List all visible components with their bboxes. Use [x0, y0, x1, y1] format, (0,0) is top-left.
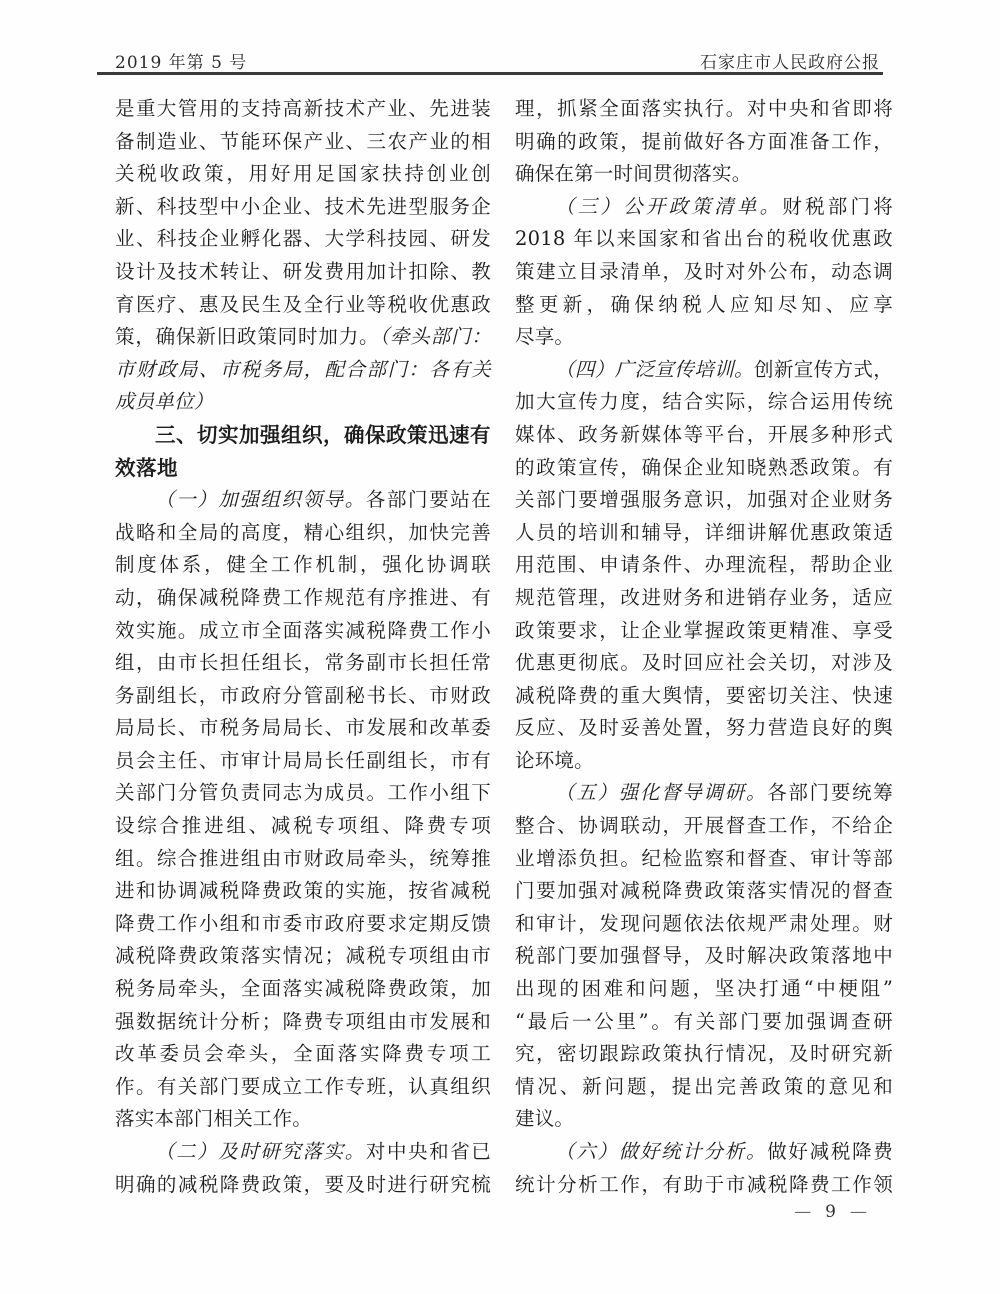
header-publication-title: 石家庄市人民政府公报 [700, 48, 880, 73]
body-text: 用范围、申请条件、办理流程，帮助企业 [515, 553, 893, 576]
body-text: 战略和全局的高度，精心组织，加快完善 [115, 521, 491, 544]
body-text: 组。综合推进组由市财政局牵头，统筹推 [115, 847, 491, 870]
header-rule [97, 72, 883, 75]
text-line: 整合、协调联动，开展督查工作，不给企 [515, 810, 893, 843]
text-line: 人员的培训和辅导，详细讲解优惠政策适 [515, 517, 893, 550]
right-text-column: 理，抓紧全面落实执行。对中央和省即将明确的政策，提前做好各方面准备工作，确保在第… [515, 93, 893, 1201]
text-line: 和审计，发现问题依法依规严肃处理。财 [515, 908, 893, 941]
text-line: 策，确保新旧政策同时加力。（牵头部门： [115, 321, 491, 354]
text-line: 强数据统计分析；降费专项组由市发展和 [115, 1006, 491, 1039]
emphasis-kai-text: 成员单位） [115, 390, 214, 413]
text-line: 业、科技企业孵化器、大学科技园、研发 [115, 223, 491, 256]
text-line: 情况、新问题，提出完善政策的意见和 [515, 1071, 893, 1104]
page-number-left-dash: — [794, 1202, 811, 1222]
text-line: 关部门分管负责同志为成员。工作小组下 [115, 777, 491, 810]
body-text: 优惠更彻底。及时回应社会关切，对涉及 [515, 651, 893, 674]
body-text: 关税收政策，用好用足国家扶持创业创 [115, 162, 491, 185]
body-text: 强数据统计分析；降费专项组由市发展和 [115, 1010, 491, 1033]
body-text: 明确的减税降费政策，要及时进行研究梳 [115, 1173, 491, 1196]
text-line: 整更新，确保纳税人应知尽知、应享 [515, 289, 893, 322]
body-text: 降费工作小组和市委市政府要求定期反馈 [115, 912, 491, 935]
body-text: 关部门要增强服务意识，加强对企业财务 [515, 488, 893, 511]
body-text: 明确的政策，提前做好各方面准备工作， [515, 130, 893, 153]
text-line: 战略和全局的高度，精心组织，加快完善 [115, 517, 491, 550]
emphasis-kai-text: （三）公开政策清单。 [555, 195, 782, 218]
body-text: 策，确保新旧政策同时加力。 [115, 325, 379, 348]
text-line: 明确的减税降费政策，要及时进行研究梳 [115, 1169, 491, 1202]
body-text: 整合、协调联动，开展督查工作，不给企 [515, 814, 893, 837]
header-issue-number: 2019 年第 5 号 [115, 48, 247, 73]
text-line: 理，抓紧全面落实执行。对中央和省即将 [515, 93, 893, 126]
body-text: “最后一公里”。有关部门要加强调查研 [515, 1010, 893, 1033]
body-text: 门要加强对减税降费政策落实情况的督查 [515, 879, 893, 902]
body-text: 人员的培训和辅导，详细讲解优惠政策适 [515, 521, 893, 544]
body-text: 设综合推进组、减税专项组、降费专项 [115, 814, 491, 837]
body-text: 财税部门将 [782, 195, 893, 218]
text-line: 媒体、政务新媒体等平台，开展多种形式 [515, 419, 893, 452]
text-line: 组，由市长担任组长，常务副市长担任常 [115, 647, 491, 680]
text-line: （二）及时研究落实。对中央和省已 [115, 1136, 491, 1169]
body-text: 尽享。 [515, 325, 574, 348]
body-text: 理，抓紧全面落实执行。对中央和省即将 [515, 97, 893, 120]
text-line: “最后一公里”。有关部门要加强调查研 [515, 1006, 893, 1039]
body-text: 建议。 [515, 1107, 574, 1130]
emphasis-kai-text: （一）加强组织领导。 [155, 488, 366, 511]
page-header: 2019 年第 5 号 石家庄市人民政府公报 [115, 48, 880, 73]
text-line: 作。有关部门要成立工作专班，认真组织 [115, 1071, 491, 1104]
text-line: 市财政局、市税务局，配合部门：各有关 [115, 354, 491, 387]
text-line: 关部门要增强服务意识，加强对企业财务 [515, 484, 893, 517]
body-text: 规范管理，改进财务和进销存业务，适应 [515, 586, 893, 609]
body-text: 2018 年以来国家和省出台的税收优惠政 [515, 227, 893, 250]
text-line: 新、科技型中小企业、技术先进型服务企 [115, 191, 491, 224]
body-text: 统计分析工作，有助于市减税降费工作领 [515, 1173, 893, 1196]
emphasis-kai-text: （四）广泛宣传培训。 [555, 358, 754, 381]
body-text: 员会主任、市审计局局长任副组长，市有 [115, 749, 491, 772]
emphasis-kai-text: 市财政局、市税务局，配合部门：各有关 [115, 358, 491, 381]
text-line: 务副组长，市政府分管副秘书长、市财政 [115, 680, 491, 713]
text-line: 设计及技术转让、研发费用加计扣除、教 [115, 256, 491, 289]
body-text: 设计及技术转让、研发费用加计扣除、教 [115, 260, 491, 283]
body-text: 动，确保减税降费工作规范有序推进、有 [115, 586, 491, 609]
body-text: 改革委员会牵头，全面落实降费专项工 [115, 1042, 491, 1065]
body-text: 整更新，确保纳税人应知尽知、应享 [515, 293, 893, 316]
body-text: 关部门分管负责同志为成员。工作小组下 [115, 781, 491, 804]
left-text-column: 是重大管用的支持高新技术产业、先进装备制造业、节能环保产业、三农产业的相关税收政… [115, 93, 491, 1201]
text-line: 动，确保减税降费工作规范有序推进、有 [115, 582, 491, 615]
text-line: 制度体系，健全工作机制，强化协调联 [115, 549, 491, 582]
text-line: 策建立目录清单，及时对外公布，动态调 [515, 256, 893, 289]
text-line: 局局长、市税务局局长、市发展和改革委 [115, 712, 491, 745]
body-text: 做好减税降费 [767, 1140, 893, 1163]
text-line: 用范围、申请条件、办理流程，帮助企业 [515, 549, 893, 582]
text-line: 规范管理，改进财务和进销存业务，适应 [515, 582, 893, 615]
body-text: 和审计，发现问题依法依规严肃处理。财 [515, 912, 893, 935]
document-page: 2019 年第 5 号 石家庄市人民政府公报 是重大管用的支持高新技术产业、先进… [0, 0, 1000, 1294]
body-text: 务副组长，市政府分管副秘书长、市财政 [115, 684, 491, 707]
text-line: 落实本部门相关工作。 [115, 1103, 491, 1136]
text-line: 优惠更彻底。及时回应社会关切，对涉及 [515, 647, 893, 680]
body-text: 落实本部门相关工作。 [115, 1107, 312, 1130]
text-line: （三）公开政策清单。财税部门将 [515, 191, 893, 224]
text-line: 论环境。 [515, 745, 893, 778]
text-line: 降费工作小组和市委市政府要求定期反馈 [115, 908, 491, 941]
text-line: （六）做好统计分析。做好减税降费 [515, 1136, 893, 1169]
text-line: 组。综合推进组由市财政局牵头，统筹推 [115, 843, 491, 876]
body-text: 效实施。成立市全面落实减税降费工作小 [115, 619, 491, 642]
text-line: （一）加强组织领导。各部门要站在 [115, 484, 491, 517]
emphasis-kai-text: （五）强化督导调研。 [555, 781, 767, 804]
page-footer: —9— [515, 1202, 893, 1222]
text-line: 建议。 [515, 1103, 893, 1136]
body-text: 备制造业、节能环保产业、三农产业的相 [115, 130, 491, 153]
body-text: 局局长、市税务局局长、市发展和改革委 [115, 716, 491, 739]
body-text: 业、科技企业孵化器、大学科技园、研发 [115, 227, 491, 250]
text-line: 税部门要加强督导，及时解决政策落地中 [515, 940, 893, 973]
text-line: 的政策宣传，确保企业知晓熟悉政策。有 [515, 452, 893, 485]
text-line: 税务局牵头，全面落实减税降费政策，加 [115, 973, 491, 1006]
section-heading-text: 效落地 [115, 456, 178, 480]
body-text: 育医疗、惠及民生及全行业等税收优惠政 [115, 293, 491, 316]
text-line: 统计分析工作，有助于市减税降费工作领 [515, 1169, 893, 1202]
body-text: 各部门要站在 [366, 488, 491, 511]
body-text: 对中央和省已 [366, 1140, 491, 1163]
body-text: 媒体、政务新媒体等平台，开展多种形式 [515, 423, 893, 446]
emphasis-kai-text: （牵头部门： [379, 325, 491, 348]
page-number: 9 [825, 1202, 836, 1222]
text-line: 育医疗、惠及民生及全行业等税收优惠政 [115, 289, 491, 322]
body-text: 各部门要统筹 [767, 781, 893, 804]
body-text: 出现的困难和问题，坚决打通“中梗阻” [515, 977, 893, 1000]
text-line: 是重大管用的支持高新技术产业、先进装 [115, 93, 491, 126]
body-text: 情况、新问题，提出完善政策的意见和 [515, 1075, 893, 1098]
section-heading-text: 三、切实加强组织，确保政策迅速有 [155, 423, 491, 447]
body-text: 加大宣传力度，结合实际，综合运用传统 [515, 390, 893, 413]
body-text: 究，密切跟踪政策执行情况，及时研究新 [515, 1042, 893, 1065]
text-line: 政策要求，让企业掌握政策更精准、享受 [515, 615, 893, 648]
text-line: 设综合推进组、减税专项组、降费专项 [115, 810, 491, 843]
text-line: 效实施。成立市全面落实减税降费工作小 [115, 615, 491, 648]
text-line: （四）广泛宣传培训。创新宣传方式， [515, 354, 893, 387]
text-line: 员会主任、市审计局局长任副组长，市有 [115, 745, 491, 778]
emphasis-kai-text: （六）做好统计分析。 [555, 1140, 767, 1163]
text-line: 业增添负担。纪检监察和督查、审计等部 [515, 843, 893, 876]
text-line: 门要加强对减税降费政策落实情况的督查 [515, 875, 893, 908]
body-text: 反应、及时妥善处置，努力营造良好的舆 [515, 716, 893, 739]
text-line: 三、切实加强组织，确保政策迅速有 [115, 419, 491, 452]
body-text: 减税降费的重大舆情，要密切关注、快速 [515, 684, 893, 707]
body-text: 创新宣传方式， [754, 358, 893, 381]
body-text: 确保在第一时间贯彻落实。 [515, 162, 751, 185]
text-line: 备制造业、节能环保产业、三农产业的相 [115, 126, 491, 159]
body-text: 政策要求，让企业掌握政策更精准、享受 [515, 619, 893, 642]
body-text: 制度体系，健全工作机制，强化协调联 [115, 553, 491, 576]
text-line: 关税收政策，用好用足国家扶持创业创 [115, 158, 491, 191]
body-text: 是重大管用的支持高新技术产业、先进装 [115, 97, 491, 120]
body-text: 的政策宣传，确保企业知晓熟悉政策。有 [515, 456, 893, 479]
body-text: 减税降费政策落实情况；减税专项组由市 [115, 944, 491, 967]
text-line: 2018 年以来国家和省出台的税收优惠政 [515, 223, 893, 256]
text-line: 出现的困难和问题，坚决打通“中梗阻” [515, 973, 893, 1006]
body-text: 组，由市长担任组长，常务副市长担任常 [115, 651, 491, 674]
body-text: 进和协调减税降费政策的实施，按省减税 [115, 879, 491, 902]
text-line: 减税降费政策落实情况；减税专项组由市 [115, 940, 491, 973]
body-text: 新、科技型中小企业、技术先进型服务企 [115, 195, 491, 218]
text-line: 改革委员会牵头，全面落实降费专项工 [115, 1038, 491, 1071]
text-line: 减税降费的重大舆情，要密切关注、快速 [515, 680, 893, 713]
text-line: 究，密切跟踪政策执行情况，及时研究新 [515, 1038, 893, 1071]
body-text: 税务局牵头，全面落实减税降费政策，加 [115, 977, 491, 1000]
text-line: 进和协调减税降费政策的实施，按省减税 [115, 875, 491, 908]
emphasis-kai-text: （二）及时研究落实。 [155, 1140, 366, 1163]
body-text: 作。有关部门要成立工作专班，认真组织 [115, 1075, 491, 1098]
page-number-right-dash: — [850, 1202, 867, 1222]
body-text: 税部门要加强督导，及时解决政策落地中 [515, 944, 893, 967]
text-line: 确保在第一时间贯彻落实。 [515, 158, 893, 191]
text-line: 效落地 [115, 452, 491, 485]
text-line: 反应、及时妥善处置，努力营造良好的舆 [515, 712, 893, 745]
text-line: 加大宣传力度，结合实际，综合运用传统 [515, 386, 893, 419]
text-line: 明确的政策，提前做好各方面准备工作， [515, 126, 893, 159]
body-text: 论环境。 [515, 749, 594, 772]
body-text: 策建立目录清单，及时对外公布，动态调 [515, 260, 893, 283]
text-line: （五）强化督导调研。各部门要统筹 [515, 777, 893, 810]
text-line: 尽享。 [515, 321, 893, 354]
text-line: 成员单位） [115, 386, 491, 419]
body-text: 业增添负担。纪检监察和督查、审计等部 [515, 847, 893, 870]
